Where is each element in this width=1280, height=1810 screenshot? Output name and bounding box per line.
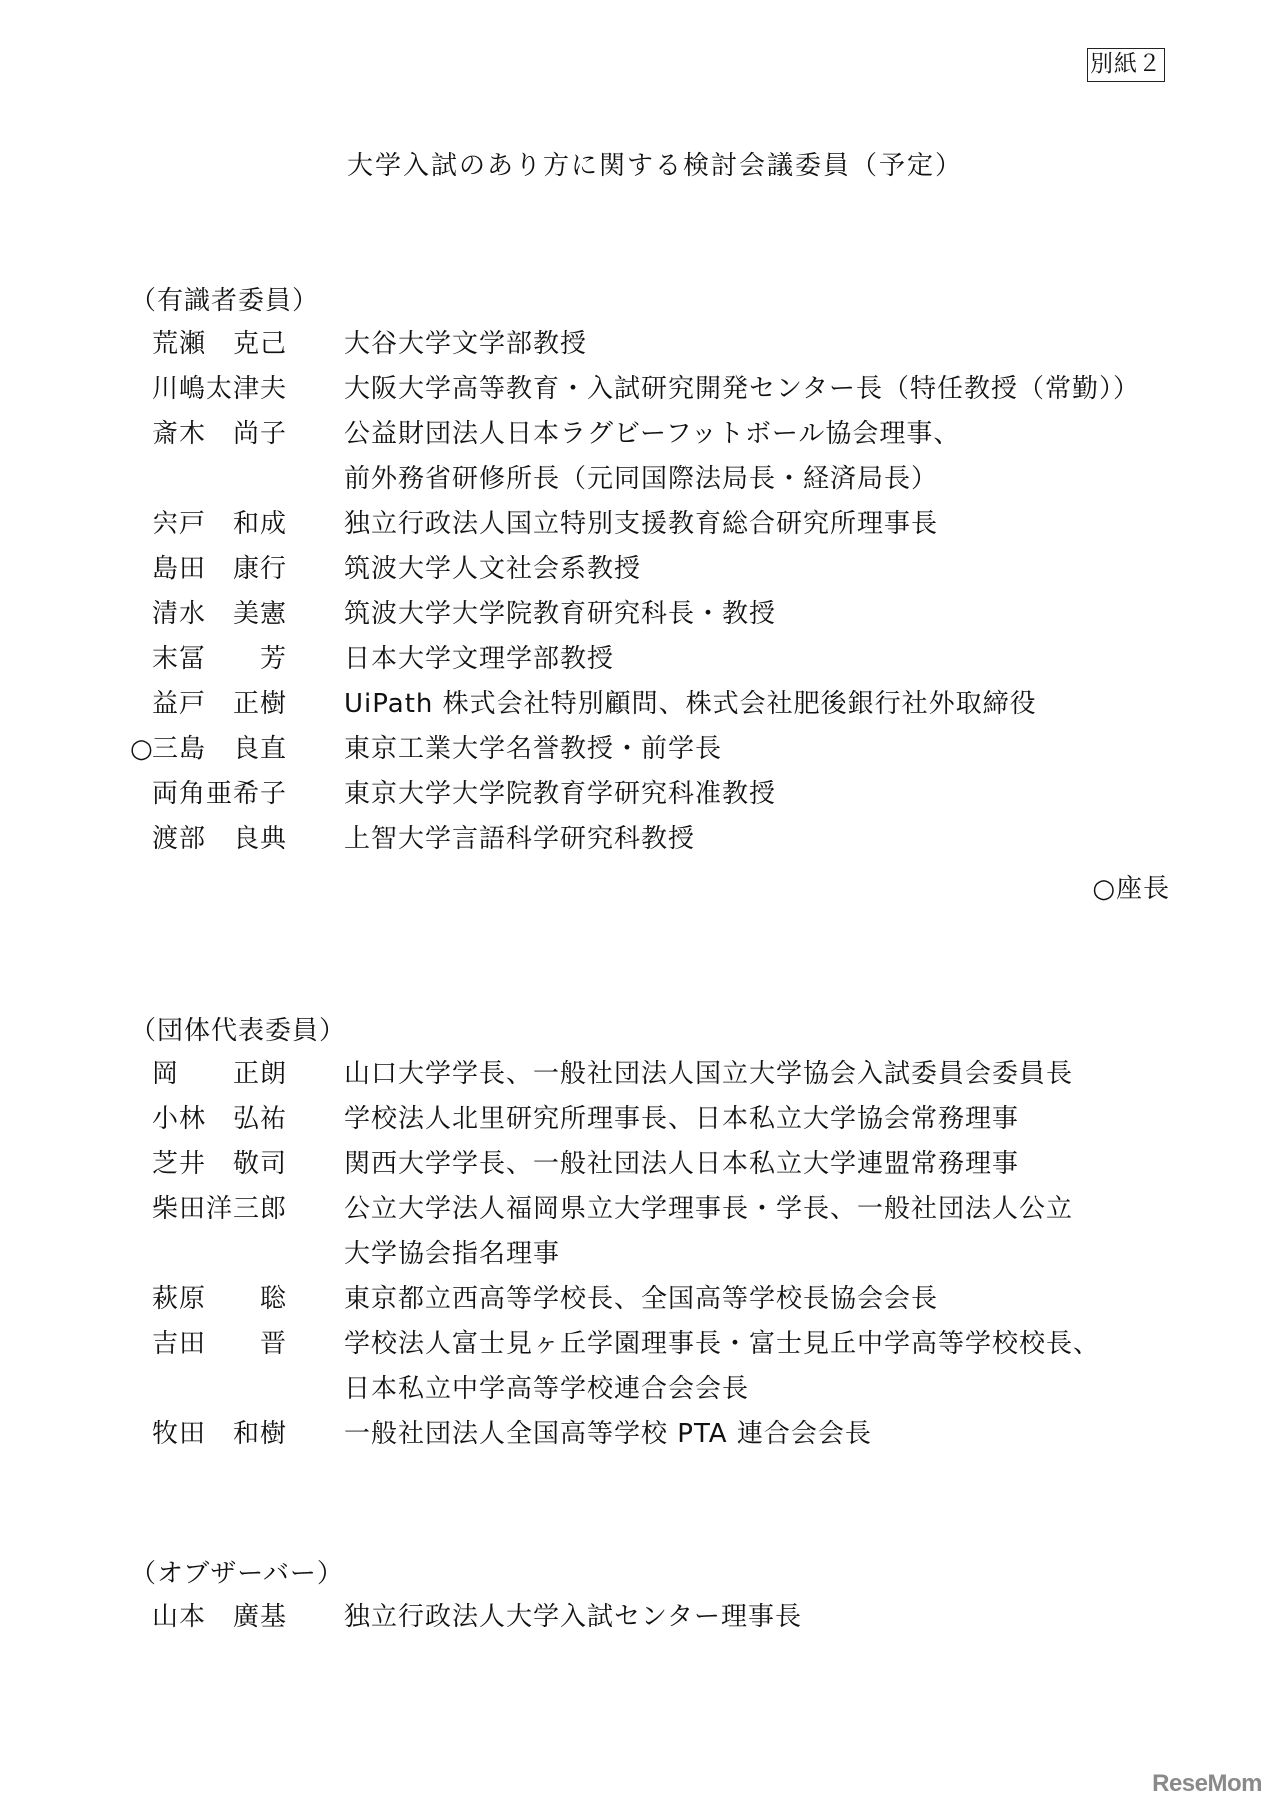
member-title: 学校法人北里研究所理事長、日本私立大学協会常務理事 (344, 1097, 1019, 1142)
member-row: 川嶋太津夫大阪大学高等教育・入試研究開発センター長（特任教授（常勤）） (130, 367, 1180, 412)
section-heading-observers: （オブザーバー） (130, 1553, 344, 1590)
member-name: 末冨 芳 (152, 637, 302, 682)
member-name: 三島 良直 (152, 727, 302, 772)
member-name: 斎木 尚子 (152, 412, 302, 457)
section-heading-experts: （有識者委員） (130, 280, 319, 317)
member-title: 一般社団法人全国高等学校 PTA 連合会会長 (344, 1412, 872, 1457)
member-name: 岡 正朗 (152, 1052, 302, 1097)
member-row: 牧田 和樹一般社団法人全国高等学校 PTA 連合会会長 (130, 1412, 1180, 1457)
member-name: 芝井 敬司 (152, 1142, 302, 1187)
member-row: 清水 美憲筑波大学大学院教育研究科長・教授 (130, 592, 1180, 637)
member-row: 渡部 良典上智大学言語科学研究科教授 (130, 817, 1180, 862)
member-name: 吉田 晋 (152, 1322, 302, 1367)
member-row-chair: ○三島 良直東京工業大学名誉教授・前学長 (130, 727, 1180, 772)
member-row: 荒瀬 克己大谷大学文学部教授 (130, 322, 1180, 367)
member-title: 公益財団法人日本ラグビーフットボール協会理事、 (344, 412, 960, 457)
member-name: 益戸 正樹 (152, 682, 302, 727)
member-name: 荒瀬 克己 (152, 322, 302, 367)
member-name: 萩原 聡 (152, 1277, 302, 1322)
member-row: 小林 弘祐学校法人北里研究所理事長、日本私立大学協会常務理事 (130, 1097, 1180, 1142)
member-name: 柴田洋三郎 (152, 1187, 302, 1232)
member-title: 筑波大学人文社会系教授 (344, 547, 641, 592)
member-row-continuation: 大学協会指名理事 (130, 1232, 1180, 1277)
member-name: 両角亜希子 (152, 772, 302, 817)
chair-mark: ○ (130, 727, 152, 772)
member-name: 宍戸 和成 (152, 502, 302, 547)
member-title: 東京大学大学院教育学研究科准教授 (344, 772, 776, 817)
member-title: 独立行政法人大学入試センター理事長 (344, 1595, 802, 1640)
member-row: 島田 康行筑波大学人文社会系教授 (130, 547, 1180, 592)
member-title: 東京都立西高等学校長、全国高等学校長協会会長 (344, 1277, 938, 1322)
member-name: 山本 廣基 (152, 1595, 302, 1640)
member-title: 日本大学文理学部教授 (344, 637, 614, 682)
resemom-watermark-logo: ReseMom (1152, 1770, 1262, 1798)
member-title: 大阪大学高等教育・入試研究開発センター長（特任教授（常勤）） (344, 367, 1140, 412)
member-name: 川嶋太津夫 (152, 367, 302, 412)
member-row: 宍戸 和成独立行政法人国立特別支援教育総合研究所理事長 (130, 502, 1180, 547)
member-row: 末冨 芳日本大学文理学部教授 (130, 637, 1180, 682)
member-row-continuation: 日本私立中学高等学校連合会会長 (130, 1367, 1180, 1412)
member-row-continuation: 前外務省研修所長（元同国際法局長・経済局長） (130, 457, 1180, 502)
member-title: 大谷大学文学部教授 (344, 322, 587, 367)
member-row: 柴田洋三郎公立大学法人福岡県立大学理事長・学長、一般社団法人公立 (130, 1187, 1180, 1232)
member-name: 島田 康行 (152, 547, 302, 592)
member-row: 吉田 晋学校法人富士見ヶ丘学園理事長・富士見丘中学高等学校校長、 (130, 1322, 1180, 1367)
member-row: 両角亜希子東京大学大学院教育学研究科准教授 (130, 772, 1180, 817)
member-title: UiPath 株式会社特別顧問、株式会社肥後銀行社外取締役 (344, 682, 1037, 727)
member-title: 筑波大学大学院教育研究科長・教授 (344, 592, 776, 637)
member-name: 牧田 和樹 (152, 1412, 302, 1457)
member-name: 清水 美憲 (152, 592, 302, 637)
member-row: 岡 正朗山口大学学長、一般社団法人国立大学協会入試委員会委員長 (130, 1052, 1180, 1097)
member-title: 大学協会指名理事 (344, 1232, 560, 1277)
member-title: 関西大学学長、一般社団法人日本私立大学連盟常務理事 (344, 1142, 1019, 1187)
member-title: 学校法人富士見ヶ丘学園理事長・富士見丘中学高等学校校長、 (344, 1322, 1100, 1367)
member-row: 芝井 敬司関西大学学長、一般社団法人日本私立大学連盟常務理事 (130, 1142, 1180, 1187)
member-title: 上智大学言語科学研究科教授 (344, 817, 695, 862)
member-name: 渡部 良典 (152, 817, 302, 862)
member-row: 斎木 尚子公益財団法人日本ラグビーフットボール協会理事、 (130, 412, 1180, 457)
section-heading-organization-reps: （団体代表委員） (130, 1010, 346, 1047)
document-title: 大学入試のあり方に関する検討会議委員（予定） (0, 145, 1280, 182)
chair-legend-note: ○座長 (1092, 868, 1170, 905)
member-title: 前外務省研修所長（元同国際法局長・経済局長） (344, 457, 938, 502)
member-title: 公立大学法人福岡県立大学理事長・学長、一般社団法人公立 (344, 1187, 1073, 1232)
member-title: 日本私立中学高等学校連合会会長 (344, 1367, 749, 1412)
member-title: 東京工業大学名誉教授・前学長 (344, 727, 722, 772)
member-name: 小林 弘祐 (152, 1097, 302, 1142)
member-title: 独立行政法人国立特別支援教育総合研究所理事長 (344, 502, 938, 547)
member-title: 山口大学学長、一般社団法人国立大学協会入試委員会委員長 (344, 1052, 1073, 1097)
member-row: 山本 廣基独立行政法人大学入試センター理事長 (130, 1595, 1180, 1640)
member-row: 益戸 正樹UiPath 株式会社特別顧問、株式会社肥後銀行社外取締役 (130, 682, 1180, 727)
attachment-label: 別紙２ (1087, 48, 1165, 82)
member-row: 萩原 聡東京都立西高等学校長、全国高等学校長協会会長 (130, 1277, 1180, 1322)
